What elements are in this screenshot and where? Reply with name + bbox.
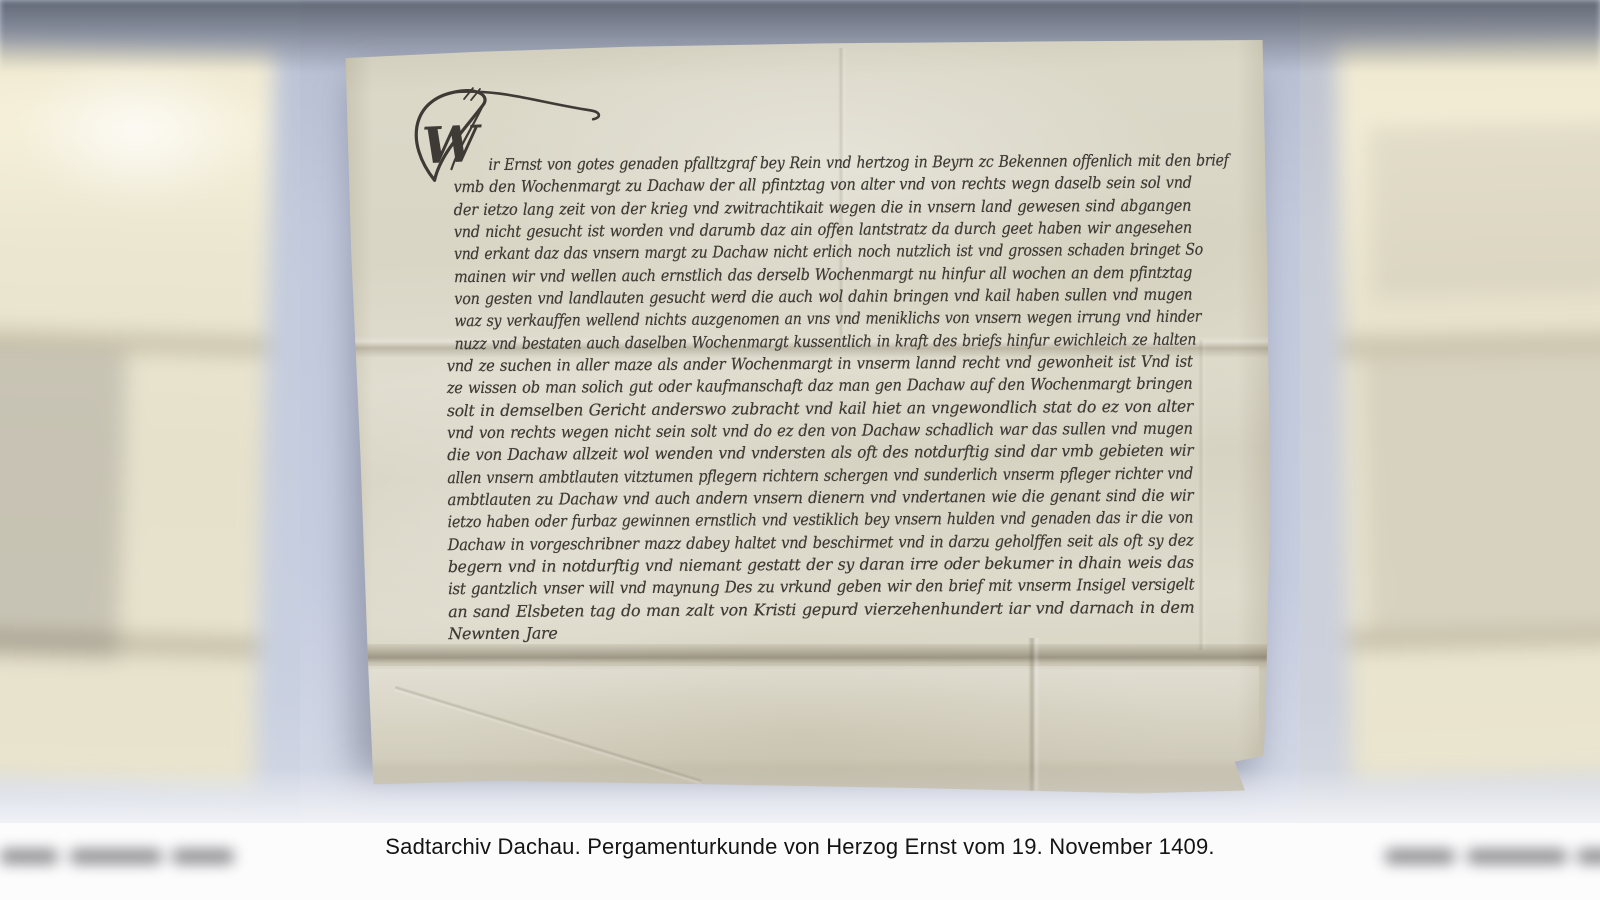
manuscript-text-block: W ir Ernst von gotes genaden pfalltzgraf…	[338, 37, 1273, 798]
manuscript-line: vnd nicht gesucht ist worden vnd darumb …	[454, 218, 1122, 241]
manuscript-line: waz sy verkauffen wellend nichts auzgeno…	[454, 307, 1104, 330]
manuscript-line: von gesten vnd landlauten gesucht werd d…	[454, 285, 1122, 308]
manuscript-line: vmb den Wochenmargt zu Dachaw der all pf…	[454, 173, 1123, 196]
manuscript-line: ietzo haben oder furbaz gewinnen ernstli…	[448, 508, 1114, 531]
manuscript-line: nuzz vnd bestaten auch daselben Wochenma…	[454, 330, 1104, 353]
manuscript-line: mainen wir vnd wellen auch ernstlich das…	[454, 263, 1116, 286]
caption-bar: Sadtarchiv Dachau. Pergamenturkunde von …	[0, 823, 1600, 900]
manuscript-line: Newnten Jare	[448, 624, 557, 644]
manuscript-line: der ietzo lang zeit von der krieg vnd zw…	[454, 196, 1128, 219]
blurred-caption-right	[1385, 845, 1600, 885]
archive-photo-slide: W ir Ernst von gotes genaden pfalltzgraf…	[0, 0, 1600, 900]
blur-text-block	[0, 352, 127, 657]
next-document-blurred[interactable]	[1336, 37, 1600, 780]
bottom-fade	[0, 768, 1600, 823]
manuscript-line: vnd erkant daz das vnsern margt zu Dacha…	[454, 240, 1104, 263]
manuscript-line: ir Ernst von gotes genaden pfalltzgraf b…	[488, 151, 1104, 174]
previous-document-blurred[interactable]	[0, 41, 275, 786]
blur-text-block	[1363, 357, 1600, 633]
blur-text-block	[1368, 127, 1600, 303]
photo-caption: Sadtarchiv Dachau. Pergamenturkunde von …	[0, 834, 1600, 860]
blur-fold-crease	[1343, 333, 1600, 356]
blur-fold-crease	[0, 329, 267, 354]
manuscript-line: allen vnsern ambtlauten vitztumen pflege…	[447, 464, 1111, 487]
blur-highlight	[16, 54, 260, 211]
parchment-charter: W ir Ernst von gotes genaden pfalltzgraf…	[340, 40, 1270, 795]
initial-letter-w: W	[421, 119, 479, 171]
